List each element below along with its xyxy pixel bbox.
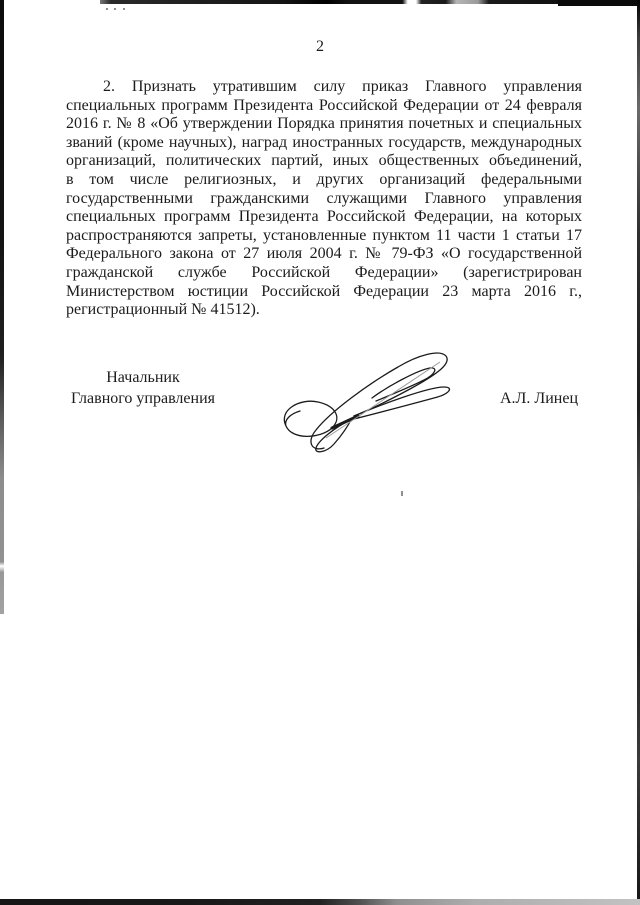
signer-title-line: Главного управления	[66, 389, 220, 410]
handwritten-signature-icon	[272, 346, 472, 456]
scan-edge-left	[0, 0, 4, 614]
paragraph-line: гражданской службе Российской Федерации»…	[66, 264, 582, 283]
page-number: 2	[0, 38, 640, 56]
scan-edge-top-right-blob	[558, 0, 640, 6]
signer-title-line: Начальник	[66, 368, 220, 389]
scan-speck	[401, 491, 403, 496]
paragraph-line: Федерального закона от 27 июля 2004 г. №…	[66, 245, 582, 264]
paragraph-line: специальных программ Президента Российск…	[66, 208, 582, 227]
signer-name: А.Л. Линец	[500, 390, 578, 408]
paragraph-line: специальных программ Президента Российск…	[66, 97, 582, 116]
document-body-paragraph: 2. Признать утратившим силу приказ Главн…	[66, 78, 582, 320]
paragraph-line: организаций, политических партий, иных о…	[66, 152, 582, 171]
scan-edge-bottom	[0, 899, 640, 905]
scan-speck	[123, 8, 125, 10]
paragraph-line: распространяются запреты, установленные …	[66, 227, 582, 246]
paragraph-line: званий (кроме научных), наград иностранн…	[66, 134, 582, 153]
paragraph-line: регистрационный № 41512).	[66, 301, 582, 320]
paragraph-line: в том числе религиозных, и других органи…	[66, 171, 582, 190]
paragraph-line: 2016 г. № 8 «Об утверждении Порядка прин…	[66, 115, 582, 134]
scan-speck	[106, 8, 108, 10]
paragraph-line: 2. Признать утратившим силу приказ Главн…	[66, 78, 582, 97]
scan-speck	[114, 8, 116, 10]
signer-title: Начальник Главного управления	[66, 368, 220, 409]
paragraph-line: государственными гражданскими служащими …	[66, 190, 582, 209]
scanned-document-page: 2 2. Признать утратившим силу приказ Гла…	[0, 0, 640, 905]
paragraph-line: Министерством юстиции Российской Федерац…	[66, 283, 582, 302]
